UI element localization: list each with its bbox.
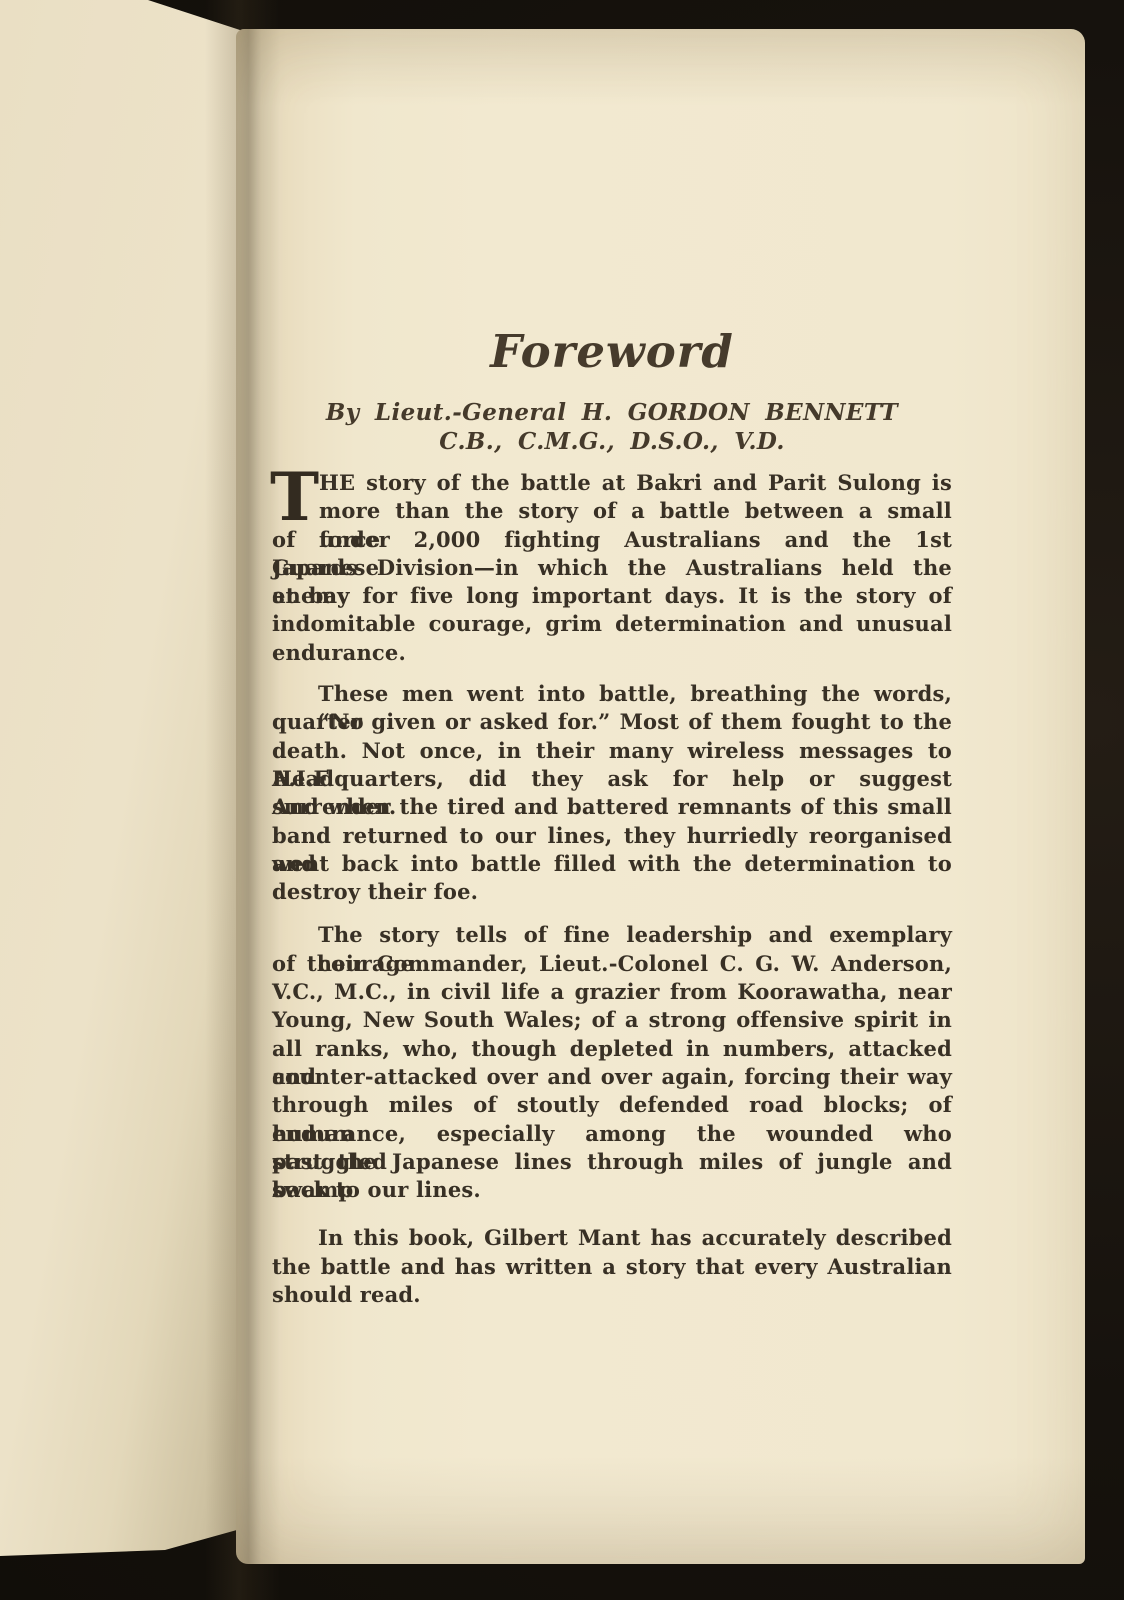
text-line: In this book, Gilbert Mant has accuratel… xyxy=(272,1224,952,1252)
paragraph: The story tells of fine leadership and e… xyxy=(272,921,952,1204)
text-line: back to our lines. xyxy=(272,1176,952,1204)
foreword-body: THE story of the battle at Bakri and Par… xyxy=(272,469,952,1309)
text-line: the battle and has written a story that … xyxy=(272,1253,952,1281)
text-line: Headquarters, did they ask for help or s… xyxy=(272,765,952,793)
text-line: all ranks, who, though depleted in numbe… xyxy=(272,1035,952,1063)
text-line: counter-attacked over and over again, fo… xyxy=(272,1063,952,1091)
open-book-photo: Foreword By Lieut.-General H. GORDON BEN… xyxy=(0,0,1124,1600)
facing-page xyxy=(0,0,248,1562)
text-line: These men went into battle, breathing th… xyxy=(272,680,952,708)
text-line: at bay for five long important days. It … xyxy=(272,582,952,610)
text-line: indomitable courage, grim determination … xyxy=(272,610,952,638)
text-line: And when the tired and battered remnants… xyxy=(272,793,952,821)
paragraph: These men went into battle, breathing th… xyxy=(272,680,952,906)
byline-honours: C.B., C.M.G., D.S.O., V.D. xyxy=(272,427,952,456)
text-line: endurance. xyxy=(272,639,952,667)
book-page: Foreword By Lieut.-General H. GORDON BEN… xyxy=(236,29,1085,1564)
byline: By Lieut.-General H. GORDON BENNETT C.B.… xyxy=(272,398,952,456)
text-line: through miles of stoutly defended road b… xyxy=(272,1091,952,1119)
text-line: HE story of the battle at Bakri and Pari… xyxy=(272,469,952,497)
byline-author: By Lieut.-General H. GORDON BENNETT xyxy=(272,398,952,427)
text-line: endurance, especially among the wounded … xyxy=(272,1120,952,1148)
text-line: more than the story of a battle between … xyxy=(272,497,952,525)
text-line: destroy their foe. xyxy=(272,878,952,906)
text-line: of their Commander, Lieut.-Colonel C. G.… xyxy=(272,950,952,978)
text-line: Young, New South Wales; of a strong offe… xyxy=(272,1006,952,1034)
paragraph: THE story of the battle at Bakri and Par… xyxy=(272,469,952,667)
text-line: past the Japanese lines through miles of… xyxy=(272,1148,952,1176)
text-line: should read. xyxy=(272,1281,952,1309)
text-line: death. Not once, in their many wireless … xyxy=(272,737,952,765)
text-line: quarter given or asked for.” Most of the… xyxy=(272,708,952,736)
text-line: of under 2,000 fighting Australians and … xyxy=(272,526,952,554)
page-title: Foreword xyxy=(272,328,952,376)
text-line: Guards Division—in which the Australians… xyxy=(272,554,952,582)
text-line: went back into battle filled with the de… xyxy=(272,850,952,878)
paragraph: In this book, Gilbert Mant has accuratel… xyxy=(272,1224,952,1309)
drop-cap: T xyxy=(270,470,319,524)
text-line: band returned to our lines, they hurried… xyxy=(272,822,952,850)
text-line: V.C., M.C., in civil life a grazier from… xyxy=(272,978,952,1006)
text-line: The story tells of fine leadership and e… xyxy=(272,921,952,949)
